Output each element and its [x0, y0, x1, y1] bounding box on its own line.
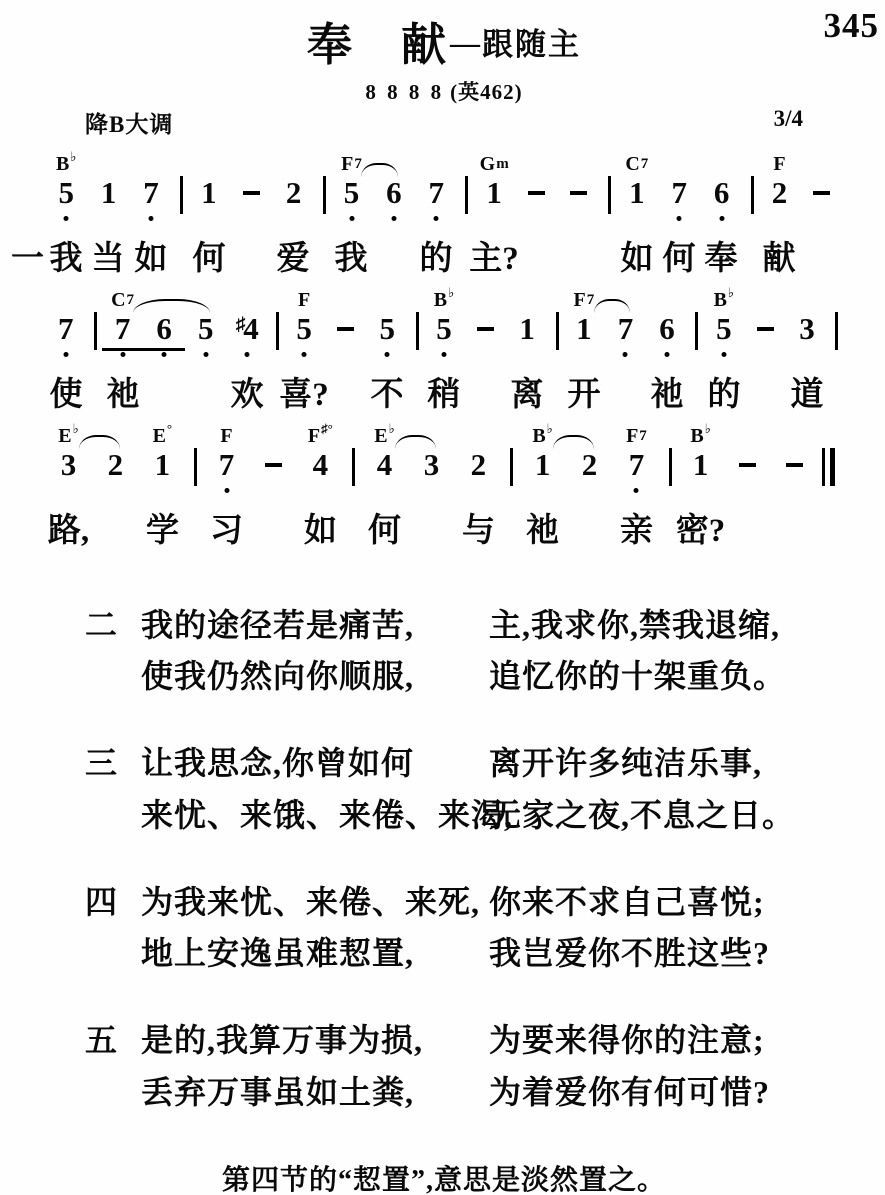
barline	[268, 312, 283, 360]
note-digit: 5	[296, 311, 312, 346]
note: B♭1	[677, 448, 724, 496]
note-digit: 1	[576, 311, 592, 346]
note: 6	[143, 312, 185, 360]
note-digit: 1	[535, 447, 551, 482]
note: F7	[203, 448, 250, 496]
slur	[361, 163, 398, 177]
note-digit: 2	[582, 447, 598, 482]
note: ♯4	[226, 312, 268, 360]
chord-label: C7	[625, 154, 648, 174]
note-digit: 1	[201, 175, 217, 210]
lyric-syllable: 习	[210, 504, 243, 551]
slur	[79, 435, 120, 449]
note-digit: 1	[693, 447, 709, 482]
dash-rest	[771, 448, 818, 496]
octave-dot	[721, 352, 726, 357]
note: F2	[758, 176, 800, 224]
note: 1	[506, 312, 548, 360]
slur	[395, 435, 436, 449]
note: E♭4	[361, 448, 408, 496]
chord-label: E♭	[58, 422, 78, 446]
duration-dash	[528, 191, 545, 195]
chord-label: F7	[341, 154, 362, 174]
notes-row: E♭32E°1F7F♯°4E♭432B♭12F77B♭1	[45, 448, 843, 496]
time-signature: 3/4	[774, 106, 803, 132]
verse-phrase-right: 为要来得你的注意;	[489, 1019, 843, 1061]
verse-phrase-left: 使我仍然向你顺服,	[141, 655, 489, 697]
note-digit: 5	[344, 175, 360, 210]
lyric-syllable: 如	[621, 232, 654, 279]
octave-dot	[719, 216, 724, 221]
octave-dot	[623, 352, 628, 357]
title-dash: —	[450, 27, 480, 60]
note: F75	[330, 176, 372, 224]
note-digit: 1	[155, 447, 171, 482]
note-digit: 7	[143, 175, 159, 210]
page-number: 345	[824, 6, 880, 46]
note-digit: 6	[386, 175, 402, 210]
lyric-syllable: 道	[791, 368, 824, 415]
header: 345 奉 献—跟随主	[45, 6, 843, 68]
barline	[828, 312, 843, 360]
lyric-syllable: 离	[511, 368, 544, 415]
note: 7	[605, 312, 647, 360]
verse-phrase-right: 主,我求你,禁我退缩,	[489, 604, 843, 646]
chord-label: F7	[626, 426, 647, 446]
duration-dash	[477, 327, 494, 331]
dash-rest	[801, 176, 843, 224]
lyrics-line-3: 路,学习如何与祂亲密?	[45, 498, 843, 548]
note-digit: 5	[436, 311, 452, 346]
verse: 二我的途径若是痛苦,主,我求你,禁我退缩,使我仍然向你顺服,追忆你的十架重负。	[85, 604, 843, 697]
note: 2	[92, 448, 139, 496]
note: 1	[188, 176, 230, 224]
lyric-syllable: 我	[50, 232, 83, 279]
octave-dot	[302, 352, 307, 357]
hymnal-page: 345 奉 献—跟随主 8 8 8 8(英462) 降B大调 3/4 B♭517…	[0, 0, 885, 1195]
barline	[172, 176, 188, 224]
barline	[408, 312, 423, 360]
chord-label: F	[220, 426, 232, 446]
octave-dot	[665, 352, 670, 357]
meter-reference: (英462)	[450, 80, 523, 104]
duration-dash	[243, 191, 260, 195]
lyric-syllable: 主?	[469, 232, 519, 279]
verse-number	[85, 1071, 141, 1113]
lyric-syllable: 我	[335, 232, 368, 279]
lyric-syllable: 喜?	[279, 368, 329, 415]
verse: 四为我来忧、来倦、来死,你来不求自己喜悦;地上安逸虽难恝置,我岂爱你不胜这些?	[85, 881, 843, 974]
music-line-3: E♭32E°1F7F♯°4E♭432B♭12F77B♭1 路,学习如何与祂亲密?	[45, 420, 843, 548]
slur	[133, 299, 210, 313]
verse-phrase-left: 丢弃万事虽如土粪,	[141, 1071, 489, 1113]
hymn-subtitle: 跟随主	[482, 27, 581, 62]
note-digit: 4	[377, 447, 393, 482]
verse-phrase-left: 是的,我算万事为损,	[141, 1019, 489, 1061]
note: B♭5	[423, 312, 465, 360]
lyric-syllable: 的	[420, 232, 453, 279]
dash-rest	[230, 176, 272, 224]
note: E°1	[139, 448, 186, 496]
lyric-syllable: 使	[50, 368, 83, 415]
chord-label: E♭	[374, 422, 394, 446]
octave-dot	[434, 216, 439, 221]
lyric-syllable: 当	[92, 232, 125, 279]
lyric-syllable: 欢	[231, 368, 264, 415]
lyric-syllable: 稍	[428, 368, 461, 415]
note-digit: 7	[629, 447, 645, 482]
note-digit: 5	[716, 311, 732, 346]
dash-rest	[325, 312, 367, 360]
dash-rest	[515, 176, 557, 224]
verse-number: 二	[85, 604, 141, 646]
meter: 8 8 8 8	[365, 80, 444, 104]
note: B♭5	[703, 312, 745, 360]
note-digit: 5	[58, 175, 74, 210]
note-digit: 7	[618, 311, 634, 346]
note-digit: 1	[519, 311, 535, 346]
lyric-syllable: 献	[763, 232, 796, 279]
dash-rest	[250, 448, 297, 496]
note: Gm1	[473, 176, 515, 224]
note: 6	[646, 312, 688, 360]
note-digit: 2	[471, 447, 487, 482]
notes-row: B♭51712F7567Gm1C7176F2	[45, 176, 843, 224]
note: 5	[185, 312, 227, 360]
chord-label: B♭	[532, 422, 552, 446]
lyric-syllable: 奉	[705, 232, 738, 279]
note: 2	[455, 448, 502, 496]
barline	[315, 176, 331, 224]
lyric-syllable: 祂	[526, 504, 559, 551]
meter-line: 8 8 8 8(英462)	[45, 76, 843, 104]
lyric-syllable: 不	[371, 368, 404, 415]
lyric-syllable: 亲	[620, 504, 653, 551]
note-digit: 6	[714, 175, 730, 210]
chord-label: F♯°	[308, 422, 333, 446]
chord-label: F	[298, 290, 310, 310]
note: E♭3	[45, 448, 92, 496]
verse-number	[85, 932, 141, 974]
octave-dot	[162, 352, 167, 357]
lyric-syllable: 何	[368, 504, 401, 551]
chord-label: B♭	[690, 422, 710, 446]
barline	[87, 312, 102, 360]
octave-dot	[391, 216, 396, 221]
chord-label: C7	[111, 290, 134, 310]
note-digit: 7	[671, 175, 687, 210]
octave-dot	[63, 352, 68, 357]
lyric-syllable: 的	[708, 368, 741, 415]
note: 3	[786, 312, 828, 360]
octave-dot	[120, 352, 125, 357]
note: 3	[408, 448, 455, 496]
lyrics-line-1: 一我当如何爱我的主?如何奉献	[45, 226, 843, 276]
notes-row: 7C7765♯4F55B♭51F7176B♭53	[45, 312, 843, 360]
note: 6	[373, 176, 415, 224]
chord-label: Gm	[480, 154, 509, 174]
lyric-syllable: 祂	[651, 368, 684, 415]
verse-phrase-right: 你来不求自己喜悦;	[489, 881, 843, 923]
lyrics-line-2: 使祂欢喜?不稍离开祂的道	[45, 362, 843, 412]
duration-dash	[786, 463, 803, 467]
note-digit: 5	[379, 311, 395, 346]
octave-dot	[349, 216, 354, 221]
dash-rest	[745, 312, 787, 360]
verse-phrase-left: 让我思念,你曾如何	[141, 742, 489, 784]
lyric-syllable: 与	[462, 504, 495, 551]
barline	[743, 176, 759, 224]
barline	[548, 312, 563, 360]
note: C77	[102, 312, 144, 360]
verse-phrase-right: 为着爱你有何可惜?	[489, 1071, 843, 1113]
barline	[344, 448, 361, 496]
octave-dot	[677, 216, 682, 221]
verse-number: 四	[85, 881, 141, 923]
chord-label: B♭	[56, 150, 76, 174]
verse-phrase-left: 地上安逸虽难恝置,	[141, 932, 489, 974]
dash-rest	[724, 448, 771, 496]
barline	[688, 312, 703, 360]
lyric-syllable: 如	[304, 504, 337, 551]
octave-dot	[224, 488, 229, 493]
note: F77	[613, 448, 660, 496]
barline	[660, 448, 677, 496]
verse-phrase-right: 我岂爱你不胜这些?	[489, 932, 843, 974]
note-digit: 6	[659, 311, 675, 346]
note-digit: 4	[243, 311, 259, 346]
duration-dash	[337, 327, 354, 331]
verse-number: 三	[85, 742, 141, 784]
verse: 五是的,我算万事为损,为要来得你的注意;丢弃万事虽如土粪,为着爱你有何可惜?	[85, 1019, 843, 1112]
verse: 三让我思念,你曾如何离开许多纯洁乐事,来忧、来饿、来倦、来渴,无家之夜,不息之日…	[85, 742, 843, 835]
note: 7	[130, 176, 172, 224]
music-line-2: 7C7765♯4F55B♭51F7176B♭53 使祂欢喜?不稍离开祂的道	[45, 284, 843, 412]
verse-phrase-right: 追忆你的十架重负。	[489, 655, 843, 697]
note-digit: 1	[486, 175, 502, 210]
hymn-title: 奉 献	[307, 20, 448, 70]
lyric-syllable: 祂	[107, 368, 140, 415]
verse-number	[85, 794, 141, 836]
note: F71	[563, 312, 605, 360]
lyric-syllable: 学	[146, 504, 179, 551]
verse-phrase-left: 为我来忧、来倦、来死,	[141, 881, 489, 923]
chord-label: B♭	[714, 286, 734, 310]
slur	[553, 435, 594, 449]
duration-dash	[739, 463, 756, 467]
note: 6	[700, 176, 742, 224]
octave-dot	[245, 352, 250, 357]
dash-rest	[558, 176, 600, 224]
key-row: 降B大调 3/4	[45, 106, 843, 140]
barline	[600, 176, 616, 224]
note: 7	[658, 176, 700, 224]
duration-dash	[813, 191, 830, 195]
chord-label: E°	[153, 422, 173, 446]
lyric-syllable: 何	[193, 232, 226, 279]
note-digit: 1	[629, 175, 645, 210]
slur	[594, 299, 630, 313]
verse-number: 一	[11, 232, 44, 279]
final-barline	[818, 448, 843, 496]
verse-phrase-left: 我的途径若是痛苦,	[141, 604, 489, 646]
barline	[186, 448, 203, 496]
music-line-1: B♭51712F7567Gm1C7176F2 一我当如何爱我的主?如何奉献	[45, 148, 843, 276]
lyric-syllable: 何	[663, 232, 696, 279]
lyric-syllable: 爱	[277, 232, 310, 279]
verse-phrase-left: 来忧、来饿、来倦、来渴,	[141, 794, 489, 836]
octave-dot	[148, 216, 153, 221]
note-digit: 2	[772, 175, 788, 210]
barline	[457, 176, 473, 224]
note: B♭5	[45, 176, 87, 224]
note-digit: 1	[101, 175, 117, 210]
note: 2	[566, 448, 613, 496]
note-digit: 2	[286, 175, 302, 210]
verse-number	[85, 655, 141, 697]
octave-dot	[203, 352, 208, 357]
note: F5	[283, 312, 325, 360]
note: 5	[366, 312, 408, 360]
duration-dash	[757, 327, 774, 331]
note-digit: 3	[61, 447, 77, 482]
chord-label: F7	[574, 290, 595, 310]
note-digit: 6	[156, 311, 172, 346]
dash-rest	[465, 312, 507, 360]
chord-label: F	[773, 154, 785, 174]
verse-phrase-right: 无家之夜,不息之日。	[489, 794, 843, 836]
lyric-syllable: 如	[135, 232, 168, 279]
note: 7	[415, 176, 457, 224]
note-digit: 3	[424, 447, 440, 482]
verses: 二我的途径若是痛苦,主,我求你,禁我退缩,使我仍然向你顺服,追忆你的十架重负。三…	[45, 604, 843, 1113]
barline	[502, 448, 519, 496]
note: B♭1	[519, 448, 566, 496]
note: 1	[87, 176, 129, 224]
note: 7	[45, 312, 87, 360]
octave-dot	[64, 216, 69, 221]
duration-dash	[570, 191, 587, 195]
lyric-syllable: 密?	[676, 504, 726, 551]
key-signature: 降B大调	[85, 106, 173, 139]
footnote: 第四节的“恝置”,意思是淡然置之。	[45, 1158, 843, 1195]
octave-dot	[634, 488, 639, 493]
duration-dash	[265, 463, 282, 467]
verse-phrase-right: 离开许多纯洁乐事,	[489, 742, 843, 784]
note-digit: 7	[429, 175, 445, 210]
note: C71	[616, 176, 658, 224]
note-digit: 2	[108, 447, 124, 482]
note-digit: 7	[115, 311, 131, 346]
chord-label: B♭	[434, 286, 454, 310]
note: F♯°4	[297, 448, 344, 496]
note-digit: 7	[58, 311, 74, 346]
note-digit: 4	[313, 447, 329, 482]
note-digit: 5	[198, 311, 214, 346]
octave-dot	[385, 352, 390, 357]
lyric-syllable: 路,	[48, 504, 89, 551]
octave-dot	[441, 352, 446, 357]
verse-number: 五	[85, 1019, 141, 1061]
lyric-syllable: 开	[568, 368, 601, 415]
note-digit: 3	[799, 311, 815, 346]
note: 2	[272, 176, 314, 224]
note-digit: 7	[219, 447, 235, 482]
